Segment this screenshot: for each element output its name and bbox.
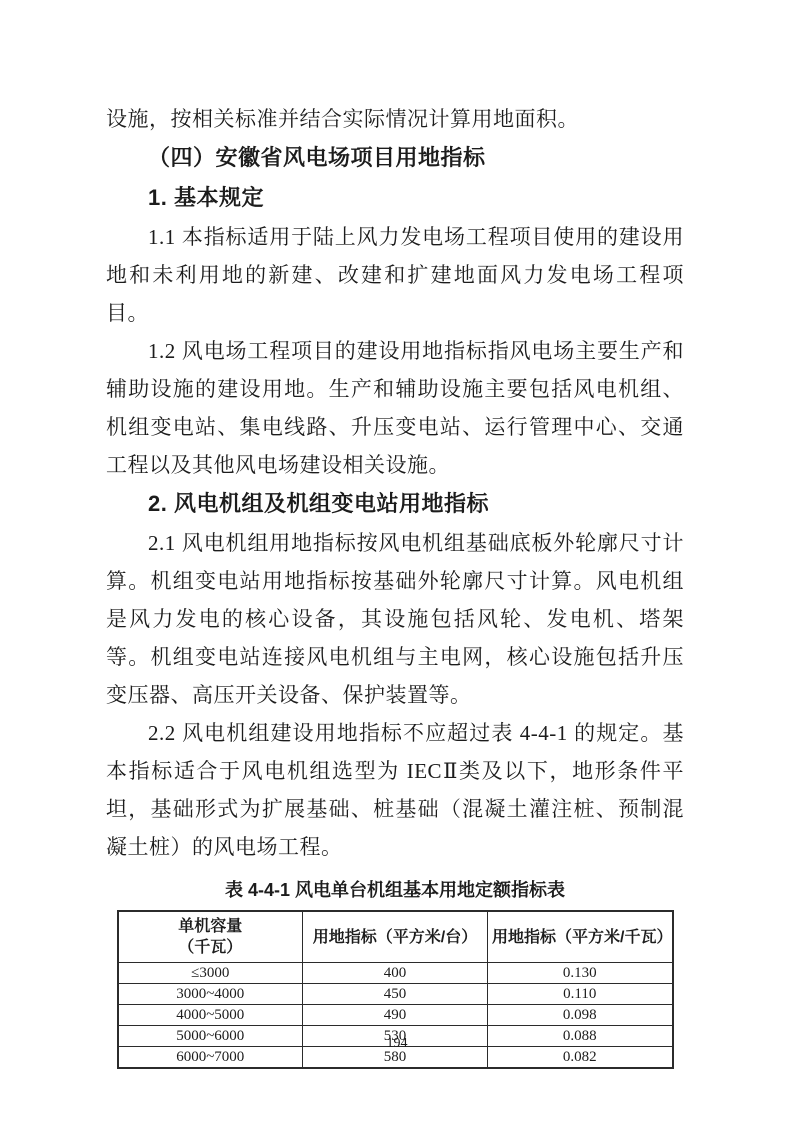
continuation-paragraph: 设施，按相关标准并结合实际情况计算用地面积。 bbox=[106, 100, 684, 138]
cell-capacity: 4000~5000 bbox=[118, 1005, 303, 1026]
table-caption: 表 4-4-1 风电单台机组基本用地定额指标表 bbox=[106, 878, 684, 902]
header-unit-capacity-line2: （千瓦） bbox=[178, 939, 242, 956]
document-page: 设施，按相关标准并结合实际情况计算用地面积。 （四）安徽省风电场项目用地指标 1… bbox=[0, 0, 794, 1122]
section-heading: （四）安徽省风电场项目用地指标 bbox=[106, 138, 684, 178]
cell-land-per-unit: 490 bbox=[303, 1005, 488, 1026]
header-land-per-unit: 用地指标（平方米/台） bbox=[303, 911, 488, 963]
cell-land-per-kw: 0.130 bbox=[488, 963, 673, 984]
cell-land-per-unit: 450 bbox=[303, 984, 488, 1005]
heading-basic-rules: 1. 基本规定 bbox=[106, 178, 684, 218]
cell-land-per-unit: 400 bbox=[303, 963, 488, 984]
table-row: 4000~5000 490 0.098 bbox=[118, 1005, 673, 1026]
paragraph-1-1: 1.1 本指标适用于陆上风力发电场工程项目使用的建设用地和未利用地的新建、改建和… bbox=[106, 218, 684, 332]
header-land-per-kw: 用地指标（平方米/千瓦） bbox=[488, 911, 673, 963]
table-row: ≤3000 400 0.130 bbox=[118, 963, 673, 984]
cell-capacity: 3000~4000 bbox=[118, 984, 303, 1005]
paragraph-2-2: 2.2 风电机组建设用地指标不应超过表 4-4-1 的规定。基本指标适合于风电机… bbox=[106, 714, 684, 866]
cell-land-per-kw: 0.098 bbox=[488, 1005, 673, 1026]
heading-turbine-indicators: 2. 风电机组及机组变电站用地指标 bbox=[106, 484, 684, 524]
cell-capacity: ≤3000 bbox=[118, 963, 303, 984]
cell-land-per-kw: 0.110 bbox=[488, 984, 673, 1005]
page-number: 194 bbox=[0, 1036, 794, 1052]
table-header-row: 单机容量 （千瓦） 用地指标（平方米/台） 用地指标（平方米/千瓦） bbox=[118, 911, 673, 963]
paragraph-1-2: 1.2 风电场工程项目的建设用地指标指风电场主要生产和辅助设施的建设用地。生产和… bbox=[106, 332, 684, 484]
header-unit-capacity: 单机容量 （千瓦） bbox=[118, 911, 303, 963]
header-unit-capacity-line1: 单机容量 bbox=[178, 918, 242, 935]
table-row: 3000~4000 450 0.110 bbox=[118, 984, 673, 1005]
paragraph-2-1: 2.1 风电机组用地指标按风电机组基础底板外轮廓尺寸计算。机组变电站用地指标按基… bbox=[106, 524, 684, 714]
